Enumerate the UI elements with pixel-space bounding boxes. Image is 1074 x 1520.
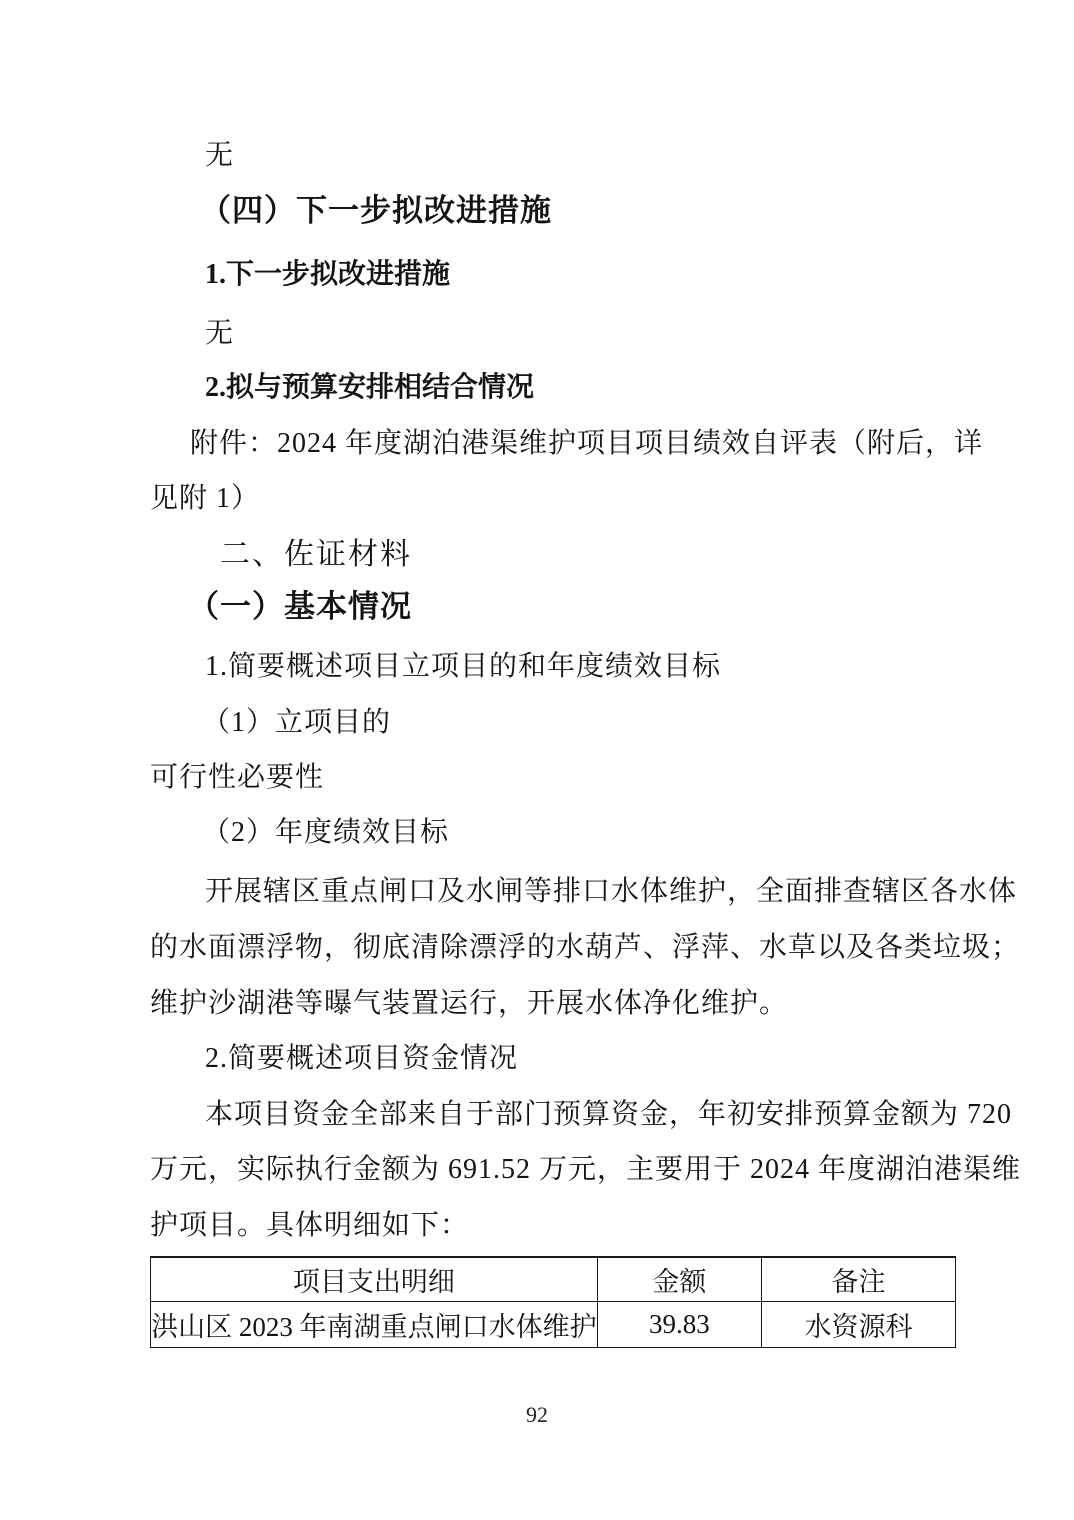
para-feasibility: 可行性必要性 — [150, 762, 940, 794]
expense-detail-table: 项目支出明细 金额 备注 洪山区 2023 年南湖重点闸口水体维护 39.83 … — [150, 1256, 956, 1348]
subheading-2-project-funds: 2.简要概述项目资金情况 — [150, 1043, 995, 1075]
header-expense-item: 项目支出明细 — [151, 1257, 598, 1302]
heading-section-four: （四）下一步拟改进措施 — [150, 195, 990, 227]
table-row: 洪山区 2023 年南湖重点闸口水体维护 39.83 水资源科 — [151, 1302, 956, 1348]
para-none-2: 无 — [150, 318, 995, 350]
heading-basic-situation: （一）基本情况 — [150, 591, 978, 623]
subheading-1-project-goals: 1.简要概述项目立项目的和年度绩效目标 — [150, 651, 995, 683]
cell-expense-item: 洪山区 2023 年南湖重点闸口水体维护 — [151, 1302, 598, 1348]
cell-amount: 39.83 — [597, 1302, 761, 1348]
para-item-1-purpose: （1）立项目的 — [150, 707, 992, 739]
subheading-2-budget-link: 2.拟与预算安排相结合情况 — [150, 372, 995, 404]
para-item-2-annual-targets: （2）年度绩效目标 — [150, 817, 992, 849]
para-attachment-line1: 附件：2024 年度湖泊港渠维护项目项目绩效自评表（附后，详 — [150, 428, 980, 460]
para-none-1: 无 — [150, 140, 995, 172]
heading-section-two-evidence: 二、佐证材料 — [150, 539, 1010, 571]
cell-note: 水资源科 — [761, 1302, 955, 1348]
header-note: 备注 — [761, 1257, 955, 1302]
para-maintenance-line1: 开展辖区重点闸口及水闸等排口水体维护，全面排查辖区各水体 — [150, 876, 995, 908]
page-number: 92 — [0, 1402, 1074, 1428]
subheading-1-next-steps: 1.下一步拟改进措施 — [150, 259, 995, 291]
table-header-row: 项目支出明细 金额 备注 — [151, 1257, 956, 1302]
para-funds-line1: 本项目资金全部来自于部门预算资金，年初安排预算金额为 720 — [150, 1099, 995, 1131]
header-amount: 金额 — [597, 1257, 761, 1302]
para-maintenance-line3: 维护沙湖港等曝气装置运行，开展水体净化维护。 — [150, 988, 940, 1020]
para-funds-line3: 护项目。具体明细如下： — [150, 1210, 940, 1242]
para-attachment-line2: 见附 1） — [150, 483, 940, 515]
para-funds-line2: 万元，实际执行金额为 691.52 万元，主要用于 2024 年度湖泊港渠维 — [150, 1154, 940, 1186]
document-page: 无 （四）下一步拟改进措施 1.下一步拟改进措施 无 2.拟与预算安排相结合情况… — [0, 0, 1074, 1520]
para-maintenance-line2: 的水面漂浮物，彻底清除漂浮的水葫芦、浮萍、水草以及各类垃圾； — [150, 932, 940, 964]
